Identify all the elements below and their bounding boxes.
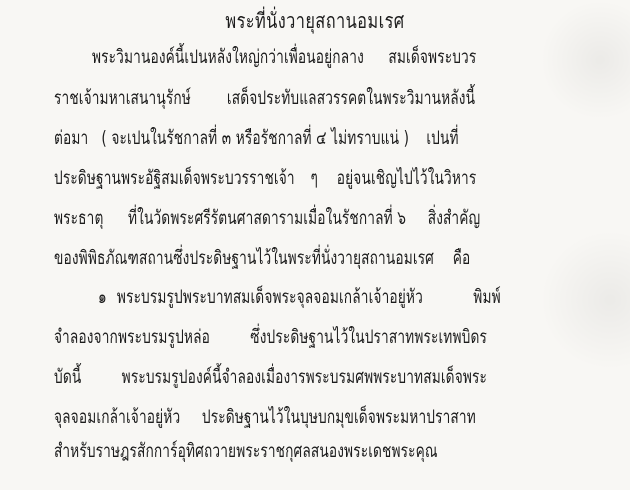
paragraph-line-8: จำลองจากพระบรมรูปหล่อซึ่งประดิษฐานไว้ในป… xyxy=(54,323,487,351)
text-segment: ประดิษฐานไว้ในบุษบกมุขเด็จพระมหาปราสาท xyxy=(202,406,476,428)
text-segment: ราชเจ้ามหาเสนานุรักษ์ xyxy=(54,87,191,109)
text-segment: สำหรับราษฎรสักการ์อุทิศถวายพระราชกุศลสนอ… xyxy=(54,440,438,462)
text-segment: คือ xyxy=(453,247,471,269)
text-segment: ที่ในวัดพระศรีรัตนศาสดารามเมื่อในรัชกาลท… xyxy=(128,207,406,229)
text-segment: สมเด็จพระบวร xyxy=(388,46,476,68)
paragraph-line-5: พระธาตุที่ในวัดพระศรีรัตนศาสดารามเมื่อใน… xyxy=(54,204,480,232)
text-segment: เปนที่ xyxy=(426,127,458,149)
scanned-document-page: พระที่นั่งวายุสถานอมเรศ พระวิมานองค์นี้เ… xyxy=(0,0,630,490)
text-segment: จำลองจากพระบรมรูปหล่อ xyxy=(54,326,210,348)
text-segment: พระวิมานองค์นี้เปนหลังใหญ่กว่าเพื่อนอยู่… xyxy=(92,46,364,68)
text-segment: เสด็จประทับแลสวรรคตในพระวิมานหลังนี้ xyxy=(227,87,475,109)
text-segment: ๆ xyxy=(311,167,318,189)
paragraph-line-1: พระวิมานองค์นี้เปนหลังใหญ่กว่าเพื่อนอยู่… xyxy=(92,43,476,71)
text-segment: ต่อมา xyxy=(54,127,88,149)
text-segment: บัดนี้ xyxy=(54,366,81,388)
list-number: ๑ xyxy=(98,286,107,308)
paragraph-line-9: บัดนี้พระบรมรูปองค์นี้จำลองเมื่องารพระบร… xyxy=(54,363,487,391)
paragraph-line-4: ประดิษฐานพระอัฐิสมเด็จพระบวรราชเจ้าๆอยู่… xyxy=(54,164,476,192)
paragraph-line-10: จุลจอมเกล้าเจ้าอยู่หัวประดิษฐานไว้ในบุษบ… xyxy=(54,403,476,431)
text-segment: ( จะเปนในรัชกาลที่ ๓ หรือรัชกาลที่ ๔ ไม่… xyxy=(101,127,409,149)
text-segment: จุลจอมเกล้าเจ้าอยู่หัว xyxy=(54,406,180,428)
text-segment: พระธาตุ xyxy=(54,207,104,229)
document-title: พระที่นั่งวายุสถานอมเรศ xyxy=(69,6,560,36)
text-segment: ประดิษฐานพระอัฐิสมเด็จพระบวรราชเจ้า xyxy=(54,167,295,189)
paragraph-line-2: ราชเจ้ามหาเสนานุรักษ์เสด็จประทับแลสวรรคต… xyxy=(54,84,475,112)
paragraph-line-3: ต่อมา( จะเปนในรัชกาลที่ ๓ หรือรัชกาลที่ … xyxy=(54,124,459,152)
text-segment: ของพิพิธภัณฑสถานซึ่งประดิษฐานไว้ในพระที่… xyxy=(54,247,434,269)
text-segment: พระบรมรูปองค์นี้จำลองเมื่องารพระบรมศพพระ… xyxy=(122,366,487,388)
paragraph-line-11: สำหรับราษฎรสักการ์อุทิศถวายพระราชกุศลสนอ… xyxy=(54,437,438,465)
text-segment: พิมพ์ xyxy=(473,286,500,308)
paragraph-line-6: ของพิพิธภัณฑสถานซึ่งประดิษฐานไว้ในพระที่… xyxy=(54,244,470,272)
text-segment: ซึ่งประดิษฐานไว้ในปราสาทพระเทพบิดร xyxy=(250,326,487,348)
text-segment: พระบรมรูปพระบาทสมเด็จพระจุลจอมเกล้าเจ้าอ… xyxy=(117,286,423,308)
text-segment: อยู่จนเชิญไปไว้ในวิหาร xyxy=(337,167,477,189)
paragraph-line-7: ๑พระบรมรูปพระบาทสมเด็จพระจุลจอมเกล้าเจ้า… xyxy=(98,283,501,311)
text-segment: สิ่งสำคัญ xyxy=(428,207,481,229)
